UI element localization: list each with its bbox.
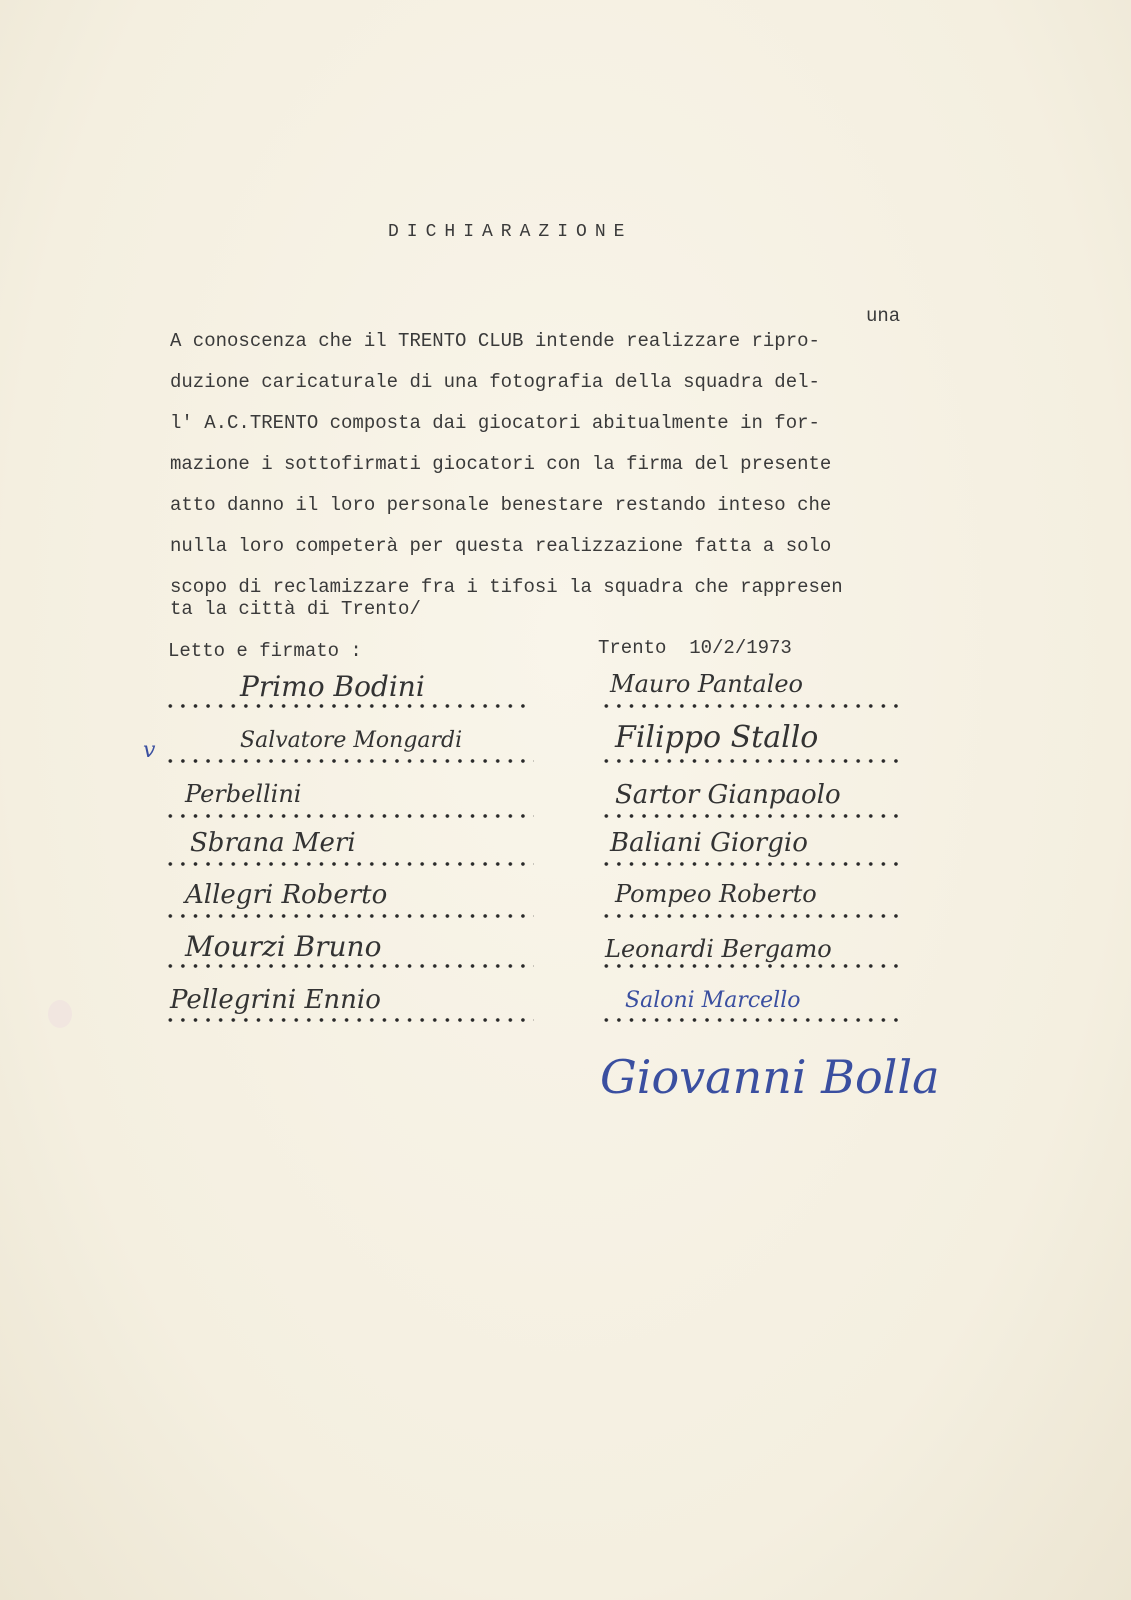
margin-mark: v bbox=[143, 738, 155, 763]
signature-line bbox=[600, 862, 900, 866]
signature-line bbox=[164, 814, 534, 818]
signature-right-2: Filippo Stallo bbox=[615, 720, 818, 755]
signature-line bbox=[164, 759, 534, 763]
punch-hole-mark bbox=[48, 1000, 72, 1028]
signature-left-6: Mourzi Bruno bbox=[185, 930, 381, 963]
signature-left-2: Salvatore Mongardi bbox=[240, 728, 462, 753]
signature-line bbox=[164, 704, 530, 708]
document-page: DICHIARAZIONE una A conoscenza che il TR… bbox=[0, 0, 1131, 1600]
signature-left-7: Pellegrini Ennio bbox=[170, 985, 381, 1015]
signature-line bbox=[600, 914, 900, 918]
signature-line bbox=[600, 964, 900, 968]
signature-left-3: Perbellini bbox=[185, 780, 301, 808]
signature-right-8: Giovanni Bolla bbox=[600, 1050, 940, 1104]
signature-line bbox=[600, 759, 900, 763]
inserted-word: una bbox=[866, 305, 900, 327]
read-and-signed-label: Letto e firmato : bbox=[168, 640, 362, 662]
body-line: l' A.C.TRENTO composta dai giocatori abi… bbox=[170, 412, 820, 434]
signature-left-4: Sbrana Meri bbox=[190, 828, 356, 858]
place-date: Trento 10/2/1973 bbox=[598, 637, 792, 659]
signature-line bbox=[600, 814, 900, 818]
signature-right-4: Baliani Giorgio bbox=[610, 828, 808, 858]
signature-line bbox=[164, 862, 534, 866]
signature-line bbox=[600, 1018, 900, 1022]
signature-right-5: Pompeo Roberto bbox=[615, 880, 817, 908]
body-line: A conoscenza che il TRENTO CLUB intende … bbox=[170, 330, 820, 352]
signature-right-3: Sartor Gianpaolo bbox=[615, 780, 841, 810]
body-line: mazione i sottofirmati giocatori con la … bbox=[170, 453, 831, 475]
body-line: atto danno il loro personale benestare r… bbox=[170, 494, 831, 516]
body-line: duzione caricaturale di una fotografia d… bbox=[170, 371, 820, 393]
signature-right-1: Mauro Pantaleo bbox=[610, 670, 803, 698]
body-line: nulla loro competerà per questa realizza… bbox=[170, 535, 831, 557]
signature-line bbox=[164, 914, 534, 918]
signature-left-5: Allegri Roberto bbox=[185, 880, 387, 910]
signature-line bbox=[600, 704, 900, 708]
signature-right-6: Leonardi Bergamo bbox=[605, 935, 832, 963]
signature-right-7: Saloni Marcello bbox=[625, 988, 800, 1013]
body-line: scopo di reclamizzare fra i tifosi la sq… bbox=[170, 576, 843, 598]
signature-left-1: Primo Bodini bbox=[240, 670, 425, 703]
body-line: ta la città di Trento/ bbox=[170, 598, 421, 620]
signature-line bbox=[164, 964, 534, 968]
document-title: DICHIARAZIONE bbox=[388, 222, 632, 242]
signature-line bbox=[164, 1018, 534, 1022]
